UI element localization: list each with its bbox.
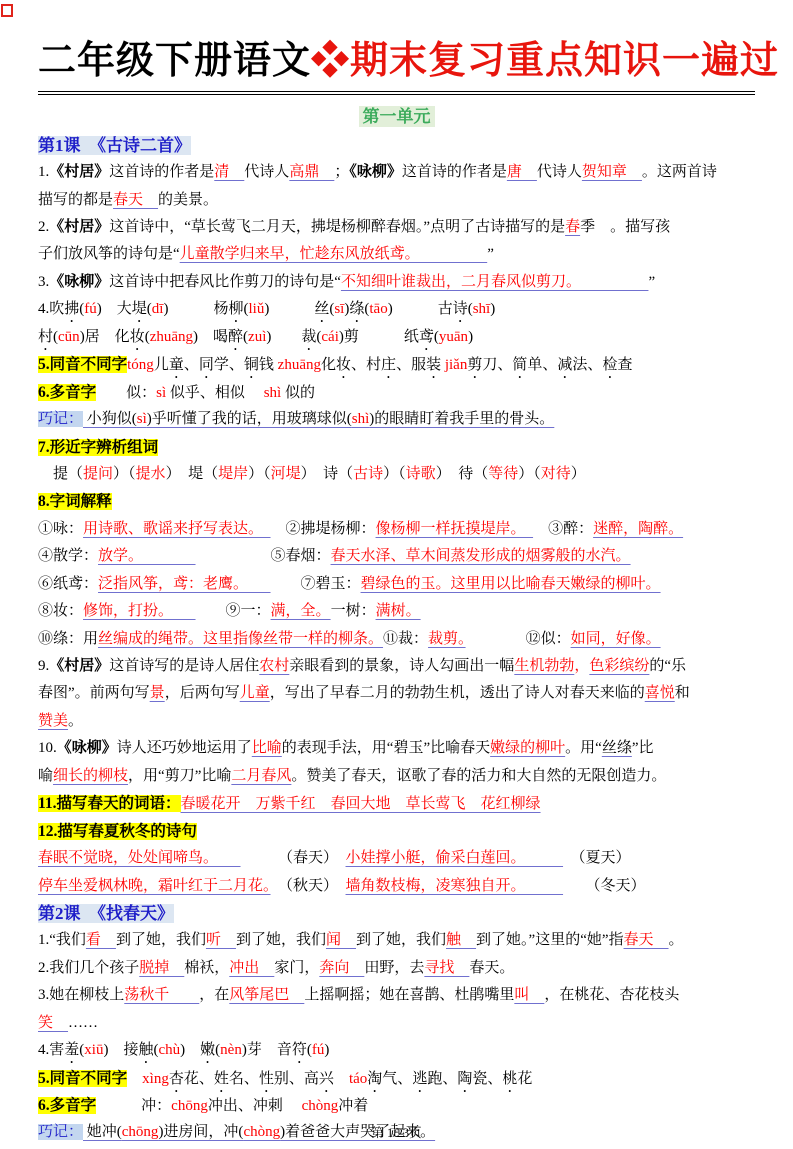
- run-k: 10.: [38, 740, 57, 756]
- text-line: ①咏：用诗歌、歌谣来抒写表达。 ②拂堤杨柳：像杨柳一样抚摸堤岸。 ③醉：迷醉，陶…: [38, 516, 755, 543]
- run-ru: 寻找: [424, 960, 469, 976]
- run-ru: 春: [565, 219, 580, 235]
- run-r: shì: [264, 385, 282, 401]
- run-hdg: 第1课 《古诗二首》: [38, 136, 191, 155]
- run-r: 提水: [136, 466, 166, 482]
- run-ru: 比喻: [252, 740, 282, 756]
- run-r: nèn: [220, 1042, 242, 1058]
- run-k: 3.: [38, 274, 49, 290]
- run-ru: 不知细叶谁裁出，二月春风似剪刀。: [341, 274, 649, 290]
- run-d: 妆: [130, 329, 145, 345]
- run-d: 淘: [367, 1071, 382, 1087]
- run-d: 兴: [319, 1071, 334, 1087]
- run-k: 、: [184, 357, 199, 373]
- run-k: ，在桃花、杏花枝头: [544, 987, 679, 1003]
- run-d: 拂: [64, 301, 79, 317]
- run-k: ；: [334, 164, 349, 180]
- run-k: ): [468, 329, 473, 345]
- run-k: ) 喝: [193, 329, 228, 345]
- text-line: 春图”。前两句写景，后两句写儿童，写出了早春二月的勃勃生机，透出了诗人对春天来临…: [38, 680, 755, 707]
- run-hy: 5.同音不同字: [38, 356, 127, 373]
- run-ru: 满，全。: [271, 603, 331, 619]
- run-k: 4.吹: [38, 301, 64, 317]
- run-ru: sì: [137, 411, 147, 427]
- run-k: ④散学：: [38, 548, 98, 564]
- run-u: )的眼睛盯着我手里的骨头。: [369, 411, 554, 427]
- run-k: 花: [517, 1071, 532, 1087]
- text-line: 10.《咏柳》诗人还巧妙地运用了比喻的表现手法，用“碧玉”比喻春天嫩绿的柳叶。用…: [38, 735, 755, 762]
- run-k: ）（: [113, 466, 136, 482]
- text-line: 1.“我们看 到了她，我们听 到了她，我们闻 到了她，我们触 到了她。”这里的“…: [38, 927, 755, 954]
- run-r: jiǎn: [445, 357, 468, 373]
- run-d: 触: [138, 1042, 153, 1058]
- text-line: 2.我们几个孩子脱掉 棉袄，冲出 家门，奔向 田野，去寻找 春天。: [38, 955, 755, 982]
- text-line: 1.《村居》这首诗的作者是清 代诗人高鼎 ；《咏柳》这首诗的作者是唐 代诗人贺知…: [38, 159, 755, 186]
- run-hy: 11.描写春天的词语：: [38, 795, 181, 812]
- run-k: )剪 纸: [339, 329, 419, 345]
- run-k: 的表现手法，用“碧玉”比喻春天: [282, 740, 490, 756]
- run-r: sī: [334, 301, 344, 317]
- run-r: xiū: [84, 1042, 103, 1058]
- run-k: 儿: [154, 357, 169, 373]
- run-k: 学、: [214, 357, 244, 373]
- run-hy: 7.形近字辨析组词: [38, 439, 158, 456]
- run-k: 9.: [38, 658, 49, 674]
- run-k: 钱: [259, 357, 278, 373]
- lesson-1-heading: 第1课 《古诗二首》: [38, 132, 755, 159]
- run-k: （春天）: [241, 850, 346, 866]
- run-k: ⑨一：: [196, 603, 271, 619]
- run-ru: 景: [150, 685, 165, 701]
- run-k: 名、: [229, 1071, 259, 1087]
- run-r: liǔ: [248, 301, 264, 317]
- text-line: 2.《村居》这首诗中，“草长莺飞二月天，拂堤杨柳醉春烟。”点明了古诗描写的是春季…: [38, 214, 755, 241]
- run-k: 似：: [96, 385, 156, 401]
- run-k: 棉袄，: [184, 960, 229, 976]
- run-ru: 唐: [507, 164, 537, 180]
- run-r: fú: [84, 301, 97, 317]
- run-k: )居 化: [80, 329, 130, 345]
- run-k: 1.: [38, 164, 49, 180]
- run-d: 妆: [336, 357, 351, 373]
- run-r: 提问: [83, 466, 113, 482]
- corner-red-mark: [1, 4, 13, 17]
- run-k: ⑪裁：: [383, 631, 428, 647]
- run-k: ⑥纸鸢：: [38, 576, 98, 592]
- lesson-2-heading: 第2课 《找春天》: [38, 900, 755, 927]
- run-ru: 赞美: [38, 713, 68, 729]
- text-line: 笑 ……: [38, 1010, 755, 1037]
- run-k: 3.她在柳枝上: [38, 987, 124, 1003]
- run-d: 诗: [453, 301, 468, 317]
- run-k: 喻: [38, 768, 53, 784]
- text-line: 4.吹拂(fú) 大堤(dī) 杨柳(liǔ) 丝(sī)绦(tāo) 古诗(s…: [38, 296, 755, 323]
- run-k: ): [266, 329, 301, 345]
- run-k: ） 待（: [436, 466, 489, 482]
- run-k: 诗人还巧妙地运用了: [117, 740, 252, 756]
- run-k: 法、: [572, 357, 602, 373]
- text-line: 喻细长的柳枝，用“剪刀”比喻二月春风。赞美了春天，讴歌了春的活力和大自然的无限创…: [38, 763, 755, 790]
- run-k: 、服: [396, 357, 426, 373]
- run-k: 刀、: [482, 357, 512, 373]
- run-ru: 用诗歌、歌谣来抒写表达。: [83, 521, 271, 537]
- run-k: ⑫似：: [466, 631, 571, 647]
- run-r: 堤岸: [218, 466, 248, 482]
- run-d: 减: [557, 357, 572, 373]
- run-ru: 贺知章: [582, 164, 642, 180]
- run-ru: 风筝尾巴: [229, 987, 304, 1003]
- run-ru: 看: [86, 932, 116, 948]
- run-k: 亲眼看到的景象，诗人勾画出一幅: [289, 658, 514, 674]
- run-r: tāo: [369, 301, 387, 317]
- run-r: tóng: [127, 357, 154, 373]
- run-hy: 8.字词解释: [38, 493, 112, 510]
- run-d: 柳: [228, 301, 243, 317]
- run-ru: 叫: [514, 987, 544, 1003]
- run-k: 到了她，我们: [116, 932, 206, 948]
- run-k: 跑、: [427, 1071, 457, 1087]
- run-kb: 《村居》: [49, 658, 109, 674]
- text-line: 春眠不觉晓，处处闻啼鸟。 （春天） 小娃撑小艇，偷采白莲回。 （夏天）: [38, 845, 755, 872]
- run-ru: 儿童: [240, 685, 270, 701]
- run-d: 童: [169, 357, 184, 373]
- run-k: （夏天）: [563, 850, 631, 866]
- run-k: ）（: [518, 466, 541, 482]
- text-line: ⑥纸鸢：泛指风筝，鸢：老鹰。 ⑦碧玉：碧绿色的玉。这里用以比喻春天嫩绿的柳叶。: [38, 571, 755, 598]
- text-line: 6.多音字 冲：chōng冲出、冲刺 chòng冲着: [38, 1092, 755, 1119]
- run-d: 杏: [169, 1071, 184, 1087]
- run-ru: 冲出: [229, 960, 274, 976]
- run-hy: 5.同音不同字: [38, 1070, 127, 1087]
- run-ru: 闻: [326, 932, 356, 948]
- run-k: 到了她。”这里的“她”指: [476, 932, 623, 948]
- run-ru: 丝编成的绳带。这里指像丝带一样的柳条。: [98, 631, 383, 647]
- run-kb: 《咏柳》: [49, 274, 109, 290]
- run-hy: 6.多音字: [38, 1097, 96, 1114]
- run-k: ……: [68, 1015, 98, 1031]
- run-k: ⑦碧玉：: [271, 576, 361, 592]
- run-k: 到了她，我们: [236, 932, 326, 948]
- run-ru: 色彩缤纷: [589, 658, 649, 674]
- run-k: 查: [617, 357, 632, 373]
- run-k: 这首诗的作者是: [402, 164, 507, 180]
- document-body: 第1课 《古诗二首》1.《村居》这首诗的作者是清 代诗人高鼎 ；《咏柳》这首诗的…: [38, 132, 755, 1147]
- run-k: 季 。描写孩: [580, 219, 670, 235]
- run-d: 丝: [314, 301, 329, 317]
- run-k: ）（: [383, 466, 406, 482]
- run-ru: 高鼎: [289, 164, 334, 180]
- run-d: 姓: [214, 1071, 229, 1087]
- run-k: 这首诗的作者是: [109, 164, 214, 180]
- run-k: 的“乐: [649, 658, 686, 674]
- run-ru: 生机勃勃: [514, 658, 574, 674]
- run-k: ”: [487, 246, 494, 262]
- run-k: 冲：: [96, 1098, 171, 1114]
- run-k: ) 接: [103, 1042, 138, 1058]
- run-ru: 奔向: [319, 960, 364, 976]
- run-k: ）（: [248, 466, 271, 482]
- run-k: ③醉：: [533, 521, 593, 537]
- run-ru: 墙角数枝梅，凌寒独自开。: [346, 878, 564, 894]
- run-ru: 脱掉: [139, 960, 184, 976]
- run-k: [127, 1071, 142, 1087]
- run-k: ）: [571, 466, 586, 482]
- run-hdg: 第2课 《找春天》: [38, 904, 174, 923]
- run-k: 。: [68, 713, 83, 729]
- run-k: ⑧妆：: [38, 603, 83, 619]
- text-line: 4.害羞(xiū) 接触(chù) 嫩(nèn)芽 音符(fú): [38, 1037, 755, 1064]
- run-k: 这首诗中把春风比作剪刀的诗句是“: [109, 274, 341, 290]
- run-k: ”比: [632, 740, 654, 756]
- run-k: 这首诗中，“草长莺飞二月天，拂堤杨柳醉春烟。”点明了古诗描写的是: [109, 219, 565, 235]
- run-r: zhuāng: [278, 357, 321, 373]
- run-k: 的美景。: [158, 192, 218, 208]
- unit-row: 第一单元: [0, 102, 793, 127]
- run-k: ，用“剪刀”比喻: [128, 768, 231, 784]
- run-k: 家门，: [274, 960, 319, 976]
- text-line: 6.多音字 似：sì 似乎、相似 shì 似的: [38, 379, 755, 406]
- run-k: 别、高: [274, 1071, 319, 1087]
- text-line: ⑩绦：用丝编成的绳带。这里指像丝带一样的柳条。⑪裁：裁剪。 ⑫似：如同，好像。: [38, 626, 755, 653]
- text-line: 巧记： 小狗似(sì)乎听懂了我的话，用玻璃球似(shì)的眼睛盯着我手里的骨头…: [38, 406, 755, 433]
- run-r: ，: [574, 658, 589, 674]
- run-k: [334, 1071, 349, 1087]
- run-ru: 春天: [113, 192, 158, 208]
- run-r: zuì: [248, 329, 266, 345]
- run-k: 化: [321, 357, 336, 373]
- run-k: 子们放风筝的诗句是“: [38, 246, 180, 262]
- run-ru: 春眠不觉晓，处处闻啼鸟。: [38, 850, 241, 866]
- text-line: 11.描写春天的词语：春暖花开 万紫千红 春回大地 草长莺飞 花红柳绿: [38, 790, 755, 817]
- run-k: 、村: [351, 357, 381, 373]
- run-r: sì: [156, 385, 166, 401]
- text-line: 3.《咏柳》这首诗中把春风比作剪刀的诗句是“不知细叶谁裁出，二月春风似剪刀。 ”: [38, 269, 755, 296]
- run-r: 对待: [541, 466, 571, 482]
- run-d: 逃: [412, 1071, 427, 1087]
- run-ru: 清: [214, 164, 244, 180]
- run-k: 代诗人: [537, 164, 582, 180]
- run-u: 小狗似(: [83, 411, 137, 427]
- text-line: 3.她在柳枝上荡秋千 ，在风筝尾巴 上摇啊摇；她在喜鹊、杜鹃嘴里叫 ，在桃花、杏…: [38, 982, 755, 1009]
- run-ru: 喜悦: [645, 685, 675, 701]
- run-k: 。用“: [565, 740, 602, 756]
- text-line: ⑧妆：修饰，打扮。 ⑨一：满，全。一树：满树。: [38, 598, 755, 625]
- run-k: 冲着: [338, 1098, 368, 1114]
- run-k: 到了她，我们: [356, 932, 446, 948]
- run-d: 庄: [381, 357, 396, 373]
- unit-badge: 第一单元: [359, 106, 435, 127]
- run-d: 陶: [457, 1071, 472, 1087]
- text-line: 5.同音不同字 xìng杏花、姓名、性别、高兴 táo淘气、逃跑、陶瓷、桃花: [38, 1065, 755, 1092]
- text-line: 提（提问）（提水） 堤（堤岸）（河堤） 诗（古诗）（诗歌） 待（等待）（对待）: [38, 461, 755, 488]
- text-line: 7.形近字辨析组词: [38, 434, 755, 461]
- run-k: （冬天）: [563, 878, 646, 894]
- run-k: ): [180, 1042, 200, 1058]
- run-d: 检: [602, 357, 617, 373]
- run-d: 鸢: [419, 329, 434, 345]
- text-line: 赞美。: [38, 708, 755, 735]
- run-k: 似的: [281, 385, 315, 401]
- run-ru: 迷醉，陶醉。: [593, 521, 683, 537]
- run-ru: 如同，好像。: [571, 631, 661, 647]
- run-ru: 放学。: [98, 548, 196, 564]
- run-k: 和: [675, 685, 690, 701]
- run-k: 。赞美了春天，讴歌了春的活力和大自然的无限创造力。: [291, 768, 666, 784]
- run-k: 描写的都是: [38, 192, 113, 208]
- run-k: 春图”。前两句写: [38, 685, 150, 701]
- run-r: xìng: [142, 1071, 169, 1087]
- run-k: 提（: [38, 466, 83, 482]
- text-line: 5.同音不同字tóng儿童、同学、铜钱 zhuāng化妆、村庄、服装 jiǎn剪…: [38, 351, 755, 378]
- text-line: 8.字词解释: [38, 488, 755, 515]
- text-line: 12.描写春夏秋冬的诗句: [38, 818, 755, 845]
- run-k: ) 大: [97, 301, 132, 317]
- run-k: ①咏：: [38, 521, 83, 537]
- run-ru: 满树。: [376, 603, 421, 619]
- run-ru: 农村: [259, 658, 289, 674]
- run-k: 似乎、相似: [166, 385, 264, 401]
- title-diamond-icon: ❖: [311, 40, 350, 82]
- run-k: ，在: [199, 987, 229, 1003]
- run-d: 铜: [244, 357, 259, 373]
- run-kb: 《村居》: [49, 164, 109, 180]
- run-k: 4.害: [38, 1042, 64, 1058]
- run-k: 单、: [527, 357, 557, 373]
- run-ru: 春天: [624, 932, 669, 948]
- run-d: 剪: [467, 357, 482, 373]
- run-k: ): [490, 301, 495, 317]
- run-ru: 像杨柳一样抚摸堤岸。: [376, 521, 534, 537]
- run-u: 丝绦: [602, 740, 632, 756]
- run-d: 村: [38, 329, 53, 345]
- run-ru: 春天水泽、草木间蒸发形成的烟雾般的水汽。: [331, 548, 631, 564]
- run-ru: shì: [352, 411, 370, 427]
- run-u: )乎听懂了我的话，用玻璃球似(: [147, 411, 352, 427]
- run-ru: 嫩绿的柳叶: [490, 740, 565, 756]
- run-k: 1.“我们: [38, 932, 86, 948]
- run-k: ⑤春烟：: [196, 548, 331, 564]
- run-k: ⑩绦：用: [38, 631, 98, 647]
- text-line: 9.《村居》这首诗写的是诗人居住农村亲眼看到的景象，诗人勾画出一幅生机勃勃，色彩…: [38, 653, 755, 680]
- run-r: chōng: [171, 1098, 208, 1114]
- run-k: )芽 音: [242, 1042, 292, 1058]
- run-k: 一树：: [331, 603, 376, 619]
- run-ru: 泛指风筝，鸢：老鹰。: [98, 576, 271, 592]
- run-k: ) 杨: [163, 301, 228, 317]
- run-k: 2.我们几个孩子: [38, 960, 139, 976]
- text-line: ④散学：放学。 ⑤春烟：春天水泽、草木间蒸发形成的烟雾般的水汽。: [38, 543, 755, 570]
- run-k: 上摇啊摇；她在喜鹊、杜鹃嘴里: [304, 987, 514, 1003]
- run-ru: 裁剪。: [428, 631, 466, 647]
- run-k: ) 古: [388, 301, 453, 317]
- run-r: 河堤: [271, 466, 301, 482]
- run-ru: 二月春风: [231, 768, 291, 784]
- run-k: ） 堤（: [166, 466, 219, 482]
- text-line: 村(cūn)居 化妆(zhuāng) 喝醉(zuì) 裁(cái)剪 纸鸢(yu…: [38, 324, 755, 351]
- run-k: （秋天）: [271, 878, 346, 894]
- run-d: 桃: [502, 1071, 517, 1087]
- run-d: 符: [292, 1042, 307, 1058]
- run-k: ): [264, 301, 314, 317]
- run-ru: 儿童散学归来早，忙趁东风放纸鸢。: [180, 246, 488, 262]
- run-ru: 荡秋千: [124, 987, 199, 1003]
- run-r: yuān: [439, 329, 468, 345]
- run-r: shī: [473, 301, 491, 317]
- run-ru: 春暖花开 万紫千红 春回大地 草长莺飞 花红柳绿: [181, 796, 541, 812]
- run-d: 同: [199, 357, 214, 373]
- run-r: chù: [158, 1042, 180, 1058]
- run-ru: 细长的柳枝: [53, 768, 128, 784]
- run-ru: 停车坐爱枫林晚，霜叶红于二月花。: [38, 878, 271, 894]
- run-k: 春天。: [469, 960, 514, 976]
- run-ru: 触: [446, 932, 476, 948]
- run-d: 羞: [64, 1042, 79, 1058]
- run-d: 简: [512, 357, 527, 373]
- run-r: zhuāng: [150, 329, 193, 345]
- run-r: chòng: [302, 1098, 339, 1114]
- run-r: fú: [312, 1042, 325, 1058]
- page-number: 第 1/23页: [0, 1123, 793, 1141]
- text-line: 描写的都是春天 的美景。: [38, 187, 755, 214]
- run-d: 醉: [228, 329, 243, 345]
- run-d: 堤: [132, 301, 147, 317]
- run-r: 古诗: [353, 466, 383, 482]
- run-k: 。: [669, 932, 684, 948]
- run-k: 代诗人: [244, 164, 289, 180]
- run-kb: 《咏柳》: [57, 740, 117, 756]
- text-line: 子们放风筝的诗句是“儿童散学归来早，忙趁东风放纸鸢。 ”: [38, 241, 755, 268]
- run-hb: 巧记：: [38, 411, 83, 427]
- run-ru: 听: [206, 932, 236, 948]
- run-k: 。这两首诗: [642, 164, 717, 180]
- run-k: 瓷、: [472, 1071, 502, 1087]
- run-r: táo: [349, 1071, 367, 1087]
- run-k: ”: [648, 274, 655, 290]
- run-k: ): [324, 1042, 329, 1058]
- run-d: 性: [259, 1071, 274, 1087]
- run-k: 花、: [184, 1071, 214, 1087]
- run-r: 诗歌: [406, 466, 436, 482]
- run-k: 气、: [382, 1071, 412, 1087]
- run-d: 裁: [301, 329, 316, 345]
- page: 二年级下册语文❖期末复习重点知识一遍过 第一单元 第1课 《古诗二首》1.《村居…: [0, 0, 793, 1149]
- run-hy: 12.描写春夏秋冬的诗句: [38, 823, 197, 840]
- run-r: 等待: [488, 466, 518, 482]
- run-ru: 笑: [38, 1015, 68, 1031]
- run-hy: 6.多音字: [38, 384, 96, 401]
- run-kb: 《咏柳》: [349, 164, 402, 180]
- run-k: ） 诗（: [301, 466, 354, 482]
- run-d: 装: [426, 357, 441, 373]
- run-ru: 碧绿色的玉。这里用以比喻春天嫩绿的柳叶。: [361, 576, 661, 592]
- page-title: 二年级下册语文❖期末复习重点知识一遍过: [38, 40, 755, 95]
- run-r: cái: [321, 329, 338, 345]
- run-k: 这首诗写的是诗人居住: [109, 658, 259, 674]
- run-kb: 《村居》: [49, 219, 109, 235]
- run-k: ，后两句写: [165, 685, 240, 701]
- run-k: ，写出了早春二月的勃勃生机，透出了诗人对春天来临的: [270, 685, 645, 701]
- run-k: 田野，去: [364, 960, 424, 976]
- run-k: ②拂堤杨柳：: [271, 521, 376, 537]
- run-r: cūn: [58, 329, 80, 345]
- run-k: 冲出、冲刺: [208, 1098, 302, 1114]
- run-ru: 修饰，打扮。: [83, 603, 196, 619]
- title-course: 二年级下册语文: [38, 40, 311, 82]
- text-line: 停车坐爱枫林晚，霜叶红于二月花。 （秋天） 墙角数枝梅，凌寒独自开。 （冬天）: [38, 873, 755, 900]
- title-topic: 期末复习重点知识一遍过: [350, 40, 779, 82]
- run-d: 嫩: [200, 1042, 215, 1058]
- run-r: dī: [152, 301, 164, 317]
